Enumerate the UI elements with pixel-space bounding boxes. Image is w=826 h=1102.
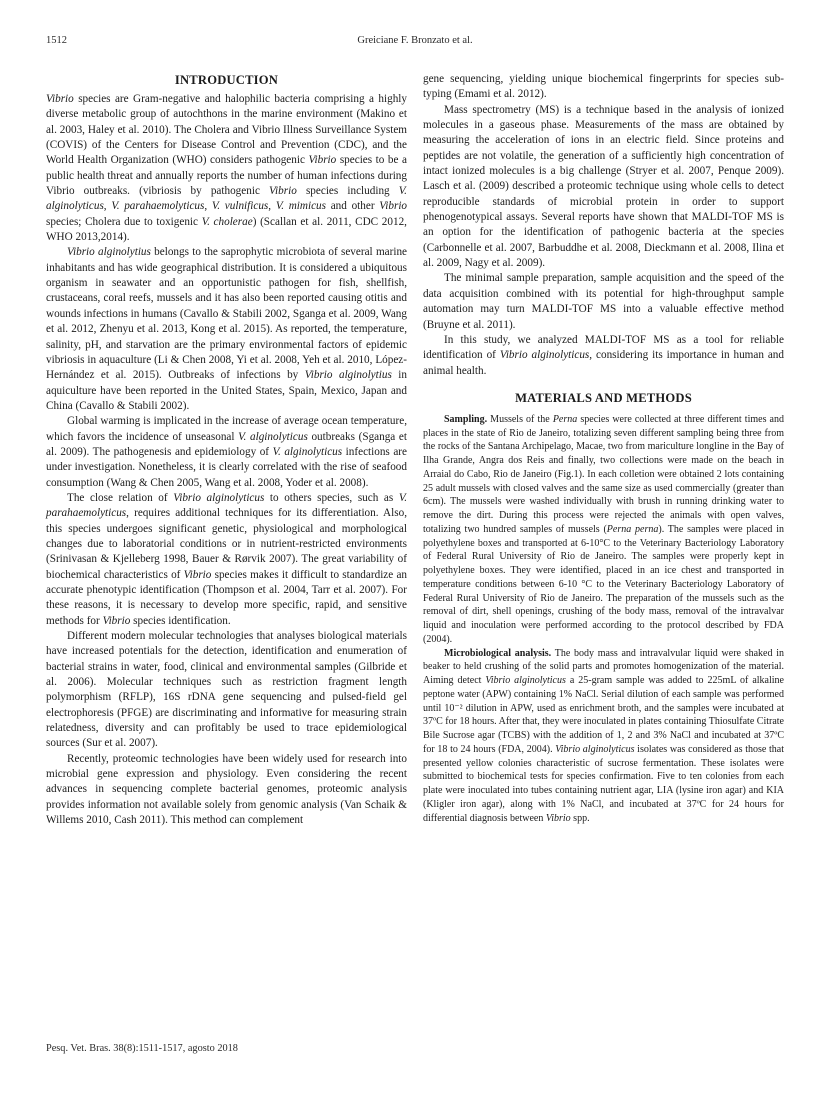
paragraph: Recently, proteomic technologies have be…	[46, 752, 407, 829]
paragraph: The close relation of Vibrio alginolytic…	[46, 491, 407, 629]
page-number: 1512	[46, 34, 67, 47]
left-column: INTRODUCTION Vibrio species are Gram-neg…	[46, 72, 407, 829]
materials-and-methods-heading: MATERIALS AND METHODS	[423, 390, 784, 406]
materials-and-methods-paragraphs: Sampling. Mussels of the Perna species w…	[423, 413, 784, 826]
paragraph: Sampling. Mussels of the Perna species w…	[423, 413, 784, 647]
paragraph: The minimal sample preparation, sample a…	[423, 271, 784, 332]
introduction-right-paragraphs: gene sequencing, yielding unique biochem…	[423, 72, 784, 379]
running-head: Greiciane F. Bronzato et al.	[357, 34, 472, 47]
paragraph: Different modern molecular technologies …	[46, 629, 407, 752]
journal-citation: Pesq. Vet. Bras. 38(8):1511-1517, agosto…	[46, 1043, 238, 1054]
paragraph: Global warming is implicated in the incr…	[46, 414, 407, 491]
right-column: gene sequencing, yielding unique biochem…	[423, 72, 784, 829]
paragraph: Mass spectrometry (MS) is a technique ba…	[423, 103, 784, 272]
journal-article-page: 1512 Greiciane F. Bronzato et al. INTROD…	[0, 0, 826, 1102]
paragraph: Microbiological analysis. The body mass …	[423, 647, 784, 826]
introduction-heading: INTRODUCTION	[46, 72, 407, 88]
page-footer: Pesq. Vet. Bras. 38(8):1511-1517, agosto…	[46, 1042, 238, 1055]
paragraph: In this study, we analyzed MALDI-TOF MS …	[423, 333, 784, 379]
paragraph: gene sequencing, yielding unique biochem…	[423, 72, 784, 103]
paragraph: Vibrio alginolytius belongs to the sapro…	[46, 245, 407, 414]
introduction-left-paragraphs: Vibrio species are Gram-negative and hal…	[46, 92, 407, 829]
two-column-body: INTRODUCTION Vibrio species are Gram-neg…	[46, 72, 784, 829]
paragraph: Vibrio species are Gram-negative and hal…	[46, 92, 407, 245]
